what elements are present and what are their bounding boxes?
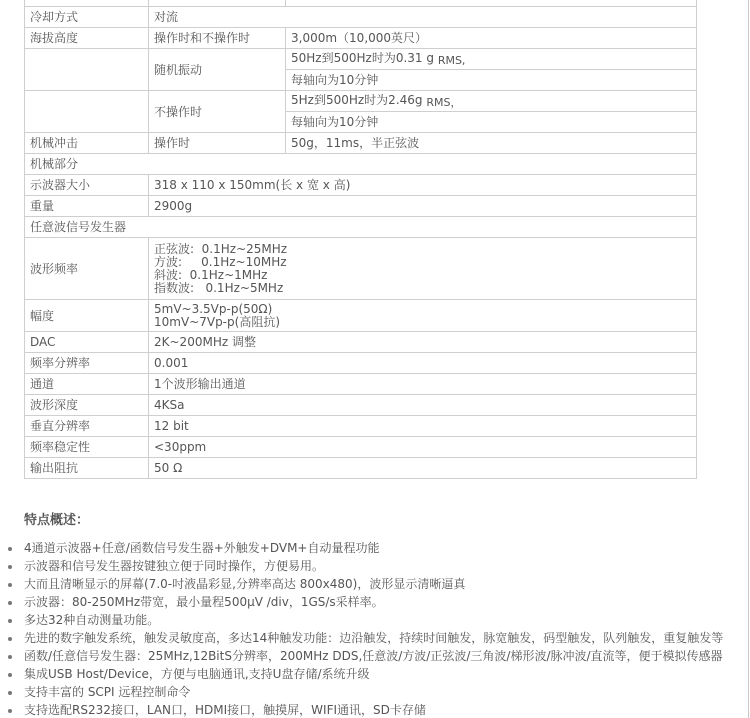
- features-heading: 特点概述：: [24, 509, 89, 528]
- feature-text: 4通道示波器+任意/函数信号发生器+外触发+DVM+自动量程功能: [24, 541, 380, 555]
- value-line: 5mV~3.5Vp-p(50Ω): [154, 303, 691, 316]
- table-row-non-operating: 不操作时 5Hz到500Hz时为2.46g RMS，: [25, 91, 697, 112]
- feature-text: 支持丰富的 SCPI 远程控制命令: [24, 685, 190, 699]
- cell-label: 波形频率: [25, 238, 149, 300]
- cell-value: 50 Ω: [149, 458, 697, 479]
- cell-label: DAC: [25, 332, 149, 353]
- table-row-vertical-resolution: 垂直分辨率 12 bit: [25, 416, 697, 437]
- cell-label: [25, 91, 149, 133]
- rms-unit: RMS，: [426, 96, 461, 109]
- table-row-frequency-resolution: 频率分辨率 0.001: [25, 353, 697, 374]
- cell-condition: 不操作时: [149, 91, 286, 133]
- value-line: 方波: 0.1Hz~10MHz: [154, 256, 691, 269]
- feature-text: 集成USB Host/Device，方便与电脑通讯,支持U盘存储/系统升级: [24, 667, 370, 681]
- table-row-weight: 重量 2900g: [25, 196, 697, 217]
- table-row-mechanical-shock: 机械冲击 操作时 50g，11ms，半正弦波: [25, 133, 697, 154]
- value-text: 5Hz到500Hz时为2.46g: [291, 93, 423, 107]
- cell-label: 重量: [25, 196, 149, 217]
- cell-label: 频率稳定性: [25, 437, 149, 458]
- table-section-mechanical: 机械部分: [25, 154, 697, 175]
- cell-label: 频率分辨率: [25, 353, 149, 374]
- list-item: 示波器和信号发生器按键独立便于同时操作，方便易用。: [0, 558, 723, 576]
- bullet-icon: [8, 655, 12, 659]
- cell-label: 输出阻抗: [25, 458, 149, 479]
- rms-unit: RMS,: [438, 54, 466, 67]
- list-item: 先进的数字触发系统，触发灵敏度高，多达14种触发功能：边沿触发，持续时间触发，脉…: [0, 630, 723, 648]
- bullet-icon: [8, 583, 12, 587]
- feature-text: 示波器和信号发生器按键独立便于同时操作，方便易用。: [24, 559, 324, 573]
- cell-value: 12 bit: [149, 416, 697, 437]
- cell-label: 波形深度: [25, 395, 149, 416]
- value-line: 10mV~7Vp-p(高阻抗): [154, 316, 691, 329]
- spec-table: 冷却方式 对流 海拔高度 操作时和不操作时 3,000m（10,000英尺） 随…: [24, 0, 697, 479]
- list-item: 大而且清晰显示的屏幕(7.0-吋液晶彩显,分辨率高达 800x480)，波形显示…: [0, 576, 723, 594]
- value-line: 正弦波: 0.1Hz~25MHz: [154, 243, 691, 256]
- list-item: 多达32种自动测量功能。: [0, 612, 723, 630]
- table-row-output-impedance: 输出阻抗 50 Ω: [25, 458, 697, 479]
- bullet-icon: [8, 601, 12, 605]
- cell-value: 50g，11ms，半正弦波: [286, 133, 697, 154]
- feature-text: 支持选配RS232接口，LAN口，HDMI接口，触摸屏，WIFI通讯，SD卡存储: [24, 703, 426, 717]
- cell-value: 每轴向为10分钟: [286, 112, 697, 133]
- list-item: 集成USB Host/Device，方便与电脑通讯,支持U盘存储/系统升级: [0, 666, 723, 684]
- table-row-frequency-stability: 频率稳定性 <30ppm: [25, 437, 697, 458]
- cell-value: 1个波形输出通道: [149, 374, 697, 395]
- bullet-icon: [8, 619, 12, 623]
- cell-label: 垂直分辨率: [25, 416, 149, 437]
- cell-label: 机械冲击: [25, 133, 149, 154]
- bullet-icon: [8, 691, 12, 695]
- cell-condition: 操作时和不操作时: [149, 28, 286, 49]
- table-row-waveform-frequency: 波形频率 正弦波: 0.1Hz~25MHz 方波: 0.1Hz~10MHz 斜波…: [25, 238, 697, 300]
- cell-value: 50Hz到500Hz时为0.31 g RMS,: [286, 49, 697, 70]
- list-item: 函数/任意信号发生器：25MHz,12BitS分辨率，200MHz DDS,任意…: [0, 648, 723, 666]
- features-list: 4通道示波器+任意/函数信号发生器+外触发+DVM+自动量程功能 示波器和信号发…: [0, 540, 723, 718]
- feature-text: 示波器：80-250MHz带宽，最小量程500μV /div，1GS/s采样率。: [24, 595, 384, 609]
- page-border: [748, 0, 749, 718]
- feature-text: 大而且清晰显示的屏幕(7.0-吋液晶彩显,分辨率高达 800x480)，波形显示…: [24, 577, 465, 591]
- cell-label: 示波器大小: [25, 175, 149, 196]
- cell-value: 0.001: [149, 353, 697, 374]
- bullet-icon: [8, 673, 12, 677]
- section-heading: 任意波信号发生器: [25, 217, 697, 238]
- cell-label: 冷却方式: [25, 7, 149, 28]
- feature-text: 先进的数字触发系统，触发灵敏度高，多达14种触发功能：边沿触发，持续时间触发，脉…: [24, 631, 723, 645]
- cell-value: 每轴向为10分钟: [286, 70, 697, 91]
- cell-value: 318 x 110 x 150mm(长 x 宽 x 高): [149, 175, 697, 196]
- list-item: 示波器：80-250MHz带宽，最小量程500μV /div，1GS/s采样率。: [0, 594, 723, 612]
- list-item: 支持丰富的 SCPI 远程控制命令: [0, 684, 723, 702]
- cell-value: 对流: [149, 7, 697, 28]
- cell-value: 4KSa: [149, 395, 697, 416]
- cell-value: 正弦波: 0.1Hz~25MHz 方波: 0.1Hz~10MHz 斜波: 0.1…: [149, 238, 697, 300]
- section-heading: 机械部分: [25, 154, 697, 175]
- cell-value: 5mV~3.5Vp-p(50Ω) 10mV~7Vp-p(高阻抗): [149, 300, 697, 332]
- bullet-icon: [8, 565, 12, 569]
- cell-label: [25, 49, 149, 91]
- list-item: 4通道示波器+任意/函数信号发生器+外触发+DVM+自动量程功能: [0, 540, 723, 558]
- cell-condition: 操作时: [149, 133, 286, 154]
- cell-value: <30ppm: [149, 437, 697, 458]
- cell-label: 幅度: [25, 300, 149, 332]
- value-text: 50Hz到500Hz时为0.31 g: [291, 51, 434, 65]
- table-row-size: 示波器大小 318 x 110 x 150mm(长 x 宽 x 高): [25, 175, 697, 196]
- cell-value: 3,000m（10,000英尺）: [286, 28, 697, 49]
- cell-condition: 随机振动: [149, 49, 286, 91]
- bullet-icon: [8, 709, 12, 713]
- bullet-icon: [8, 637, 12, 641]
- value-line: 指数波: 0.1Hz~5MHz: [154, 282, 691, 295]
- table-row-cooling: 冷却方式 对流: [25, 7, 697, 28]
- cell-label: 海拔高度: [25, 28, 149, 49]
- table-row-waveform-depth: 波形深度 4KSa: [25, 395, 697, 416]
- cell-label: 通道: [25, 374, 149, 395]
- table-row-amplitude: 幅度 5mV~3.5Vp-p(50Ω) 10mV~7Vp-p(高阻抗): [25, 300, 697, 332]
- table-row-channel: 通道 1个波形输出通道: [25, 374, 697, 395]
- bullet-icon: [8, 547, 12, 551]
- value-line: 斜波: 0.1Hz~1MHz: [154, 269, 691, 282]
- table-section-awg: 任意波信号发生器: [25, 217, 697, 238]
- list-item: 支持选配RS232接口，LAN口，HDMI接口，触摸屏，WIFI通讯，SD卡存储: [0, 702, 723, 718]
- table-row-random-vibration: 随机振动 50Hz到500Hz时为0.31 g RMS,: [25, 49, 697, 70]
- cell-value: 5Hz到500Hz时为2.46g RMS，: [286, 91, 697, 112]
- table-row-dac: DAC 2K~200MHz 调整: [25, 332, 697, 353]
- feature-text: 函数/任意信号发生器：25MHz,12BitS分辨率，200MHz DDS,任意…: [24, 649, 723, 663]
- feature-text: 多达32种自动测量功能。: [24, 613, 159, 627]
- table-row-altitude: 海拔高度 操作时和不操作时 3,000m（10,000英尺）: [25, 28, 697, 49]
- cell-value: 2K~200MHz 调整: [149, 332, 697, 353]
- cell-value: 2900g: [149, 196, 697, 217]
